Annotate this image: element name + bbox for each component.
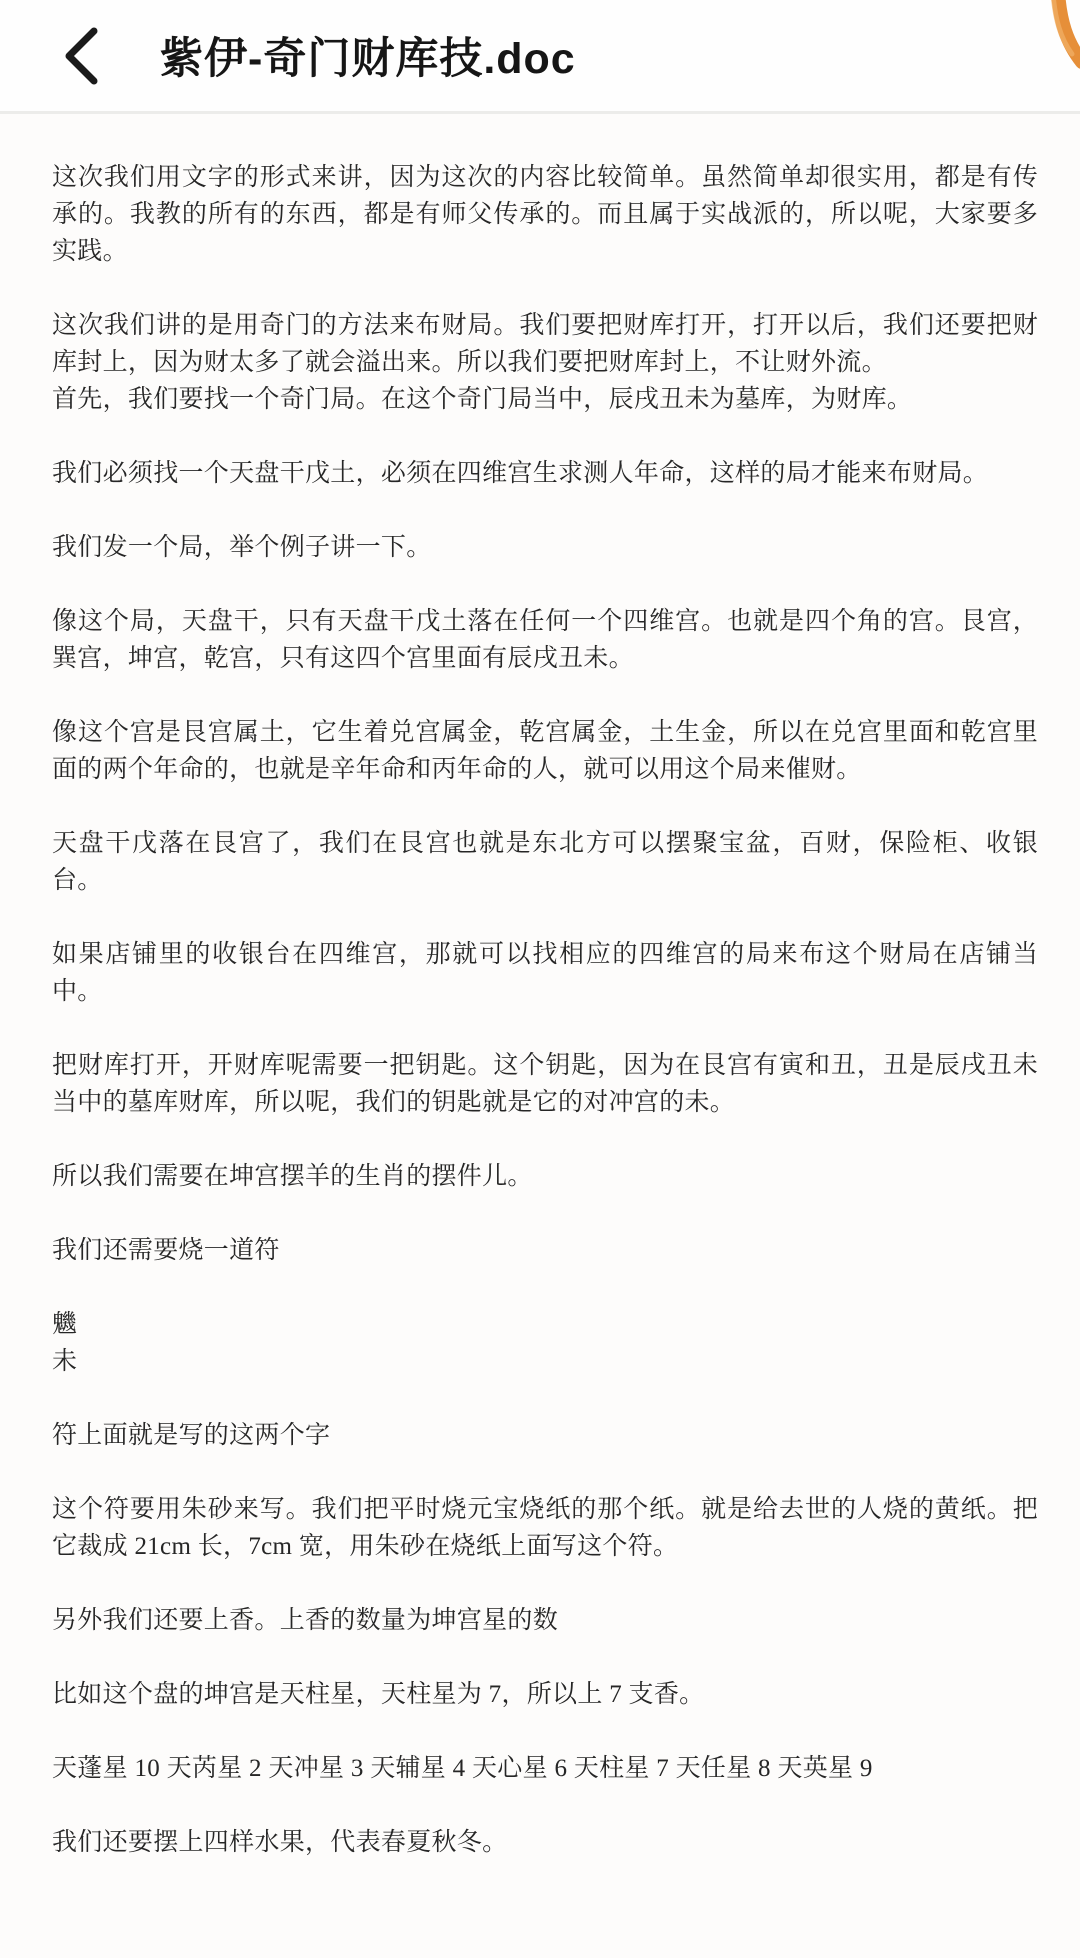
- paragraph: 像这个宫是艮宫属土，它生着兑宫属金，乾宫属金，土生金，所以在兑宫里面和乾宫里面的…: [52, 714, 1038, 788]
- doc-viewer-header: 紫伊-奇门财库技.doc: [0, 0, 1080, 114]
- chevron-left-icon: [62, 27, 100, 85]
- paragraph: 比如这个盘的坤宫是天柱星，天柱星为 7，所以上 7 支香。: [52, 1676, 1038, 1713]
- orange-corner-stroke-decoration: [1020, 0, 1080, 78]
- paragraph: 首先，我们要找一个奇门局。在这个奇门局当中，辰戌丑未为墓库，为财库。: [52, 381, 1038, 418]
- doc-viewer-page: { "header": { "title": "紫伊-奇门财库技.doc", "…: [0, 0, 1080, 1958]
- paragraph: 这次我们用文字的形式来讲，因为这次的内容比较简单。虽然简单却很实用，都是有传承的…: [52, 159, 1038, 270]
- paragraph: 另外我们还要上香。上香的数量为坤宫星的数: [52, 1602, 1038, 1639]
- paragraph: 未: [52, 1343, 1038, 1380]
- paragraph: 天蓬星 10 天芮星 2 天冲星 3 天辅星 4 天心星 6 天柱星 7 天任星…: [52, 1750, 1038, 1787]
- paragraph: 这次我们讲的是用奇门的方法来布财局。我们要把财库打开，打开以后，我们还要把财库封…: [52, 307, 1038, 381]
- paragraph: 我们还需要烧一道符: [52, 1232, 1038, 1269]
- paragraph: 把财库打开，开财库呢需要一把钥匙。这个钥匙，因为在艮宫有寅和丑，丑是辰戌丑未当中…: [52, 1047, 1038, 1121]
- paragraph: 我们发一个局，举个例子讲一下。: [52, 529, 1038, 566]
- paragraph: 如果店铺里的收银台在四维宫，那就可以找相应的四维宫的局来布这个财局在店铺当中。: [52, 936, 1038, 1010]
- document-body: 这次我们用文字的形式来讲，因为这次的内容比较简单。虽然简单却很实用，都是有传承的…: [0, 114, 1080, 1861]
- back-button[interactable]: [62, 21, 118, 91]
- page-title: 紫伊-奇门财库技.doc: [160, 25, 576, 86]
- paragraph: 这个符要用朱砂来写。我们把平时烧元宝烧纸的那个纸。就是给去世的人烧的黄纸。把它裁…: [52, 1491, 1038, 1565]
- paragraph: 像这个局，天盘干，只有天盘干戊土落在任何一个四维宫。也就是四个角的宫。艮宫，巽宫…: [52, 603, 1038, 677]
- paragraph: 我们必须找一个天盘干戊土，必须在四维宫生求测人年命，这样的局才能来布财局。: [52, 455, 1038, 492]
- paragraph: 符上面就是写的这两个字: [52, 1417, 1038, 1454]
- paragraph: 所以我们需要在坤宫摆羊的生肖的摆件儿。: [52, 1158, 1038, 1195]
- paragraph: 我们还要摆上四样水果，代表春夏秋冬。: [52, 1824, 1038, 1861]
- paragraph: 天盘干戊落在艮宫了，我们在艮宫也就是东北方可以摆聚宝盆，百财，保险柜、收银台。: [52, 825, 1038, 899]
- paragraph: 魕: [52, 1306, 1038, 1343]
